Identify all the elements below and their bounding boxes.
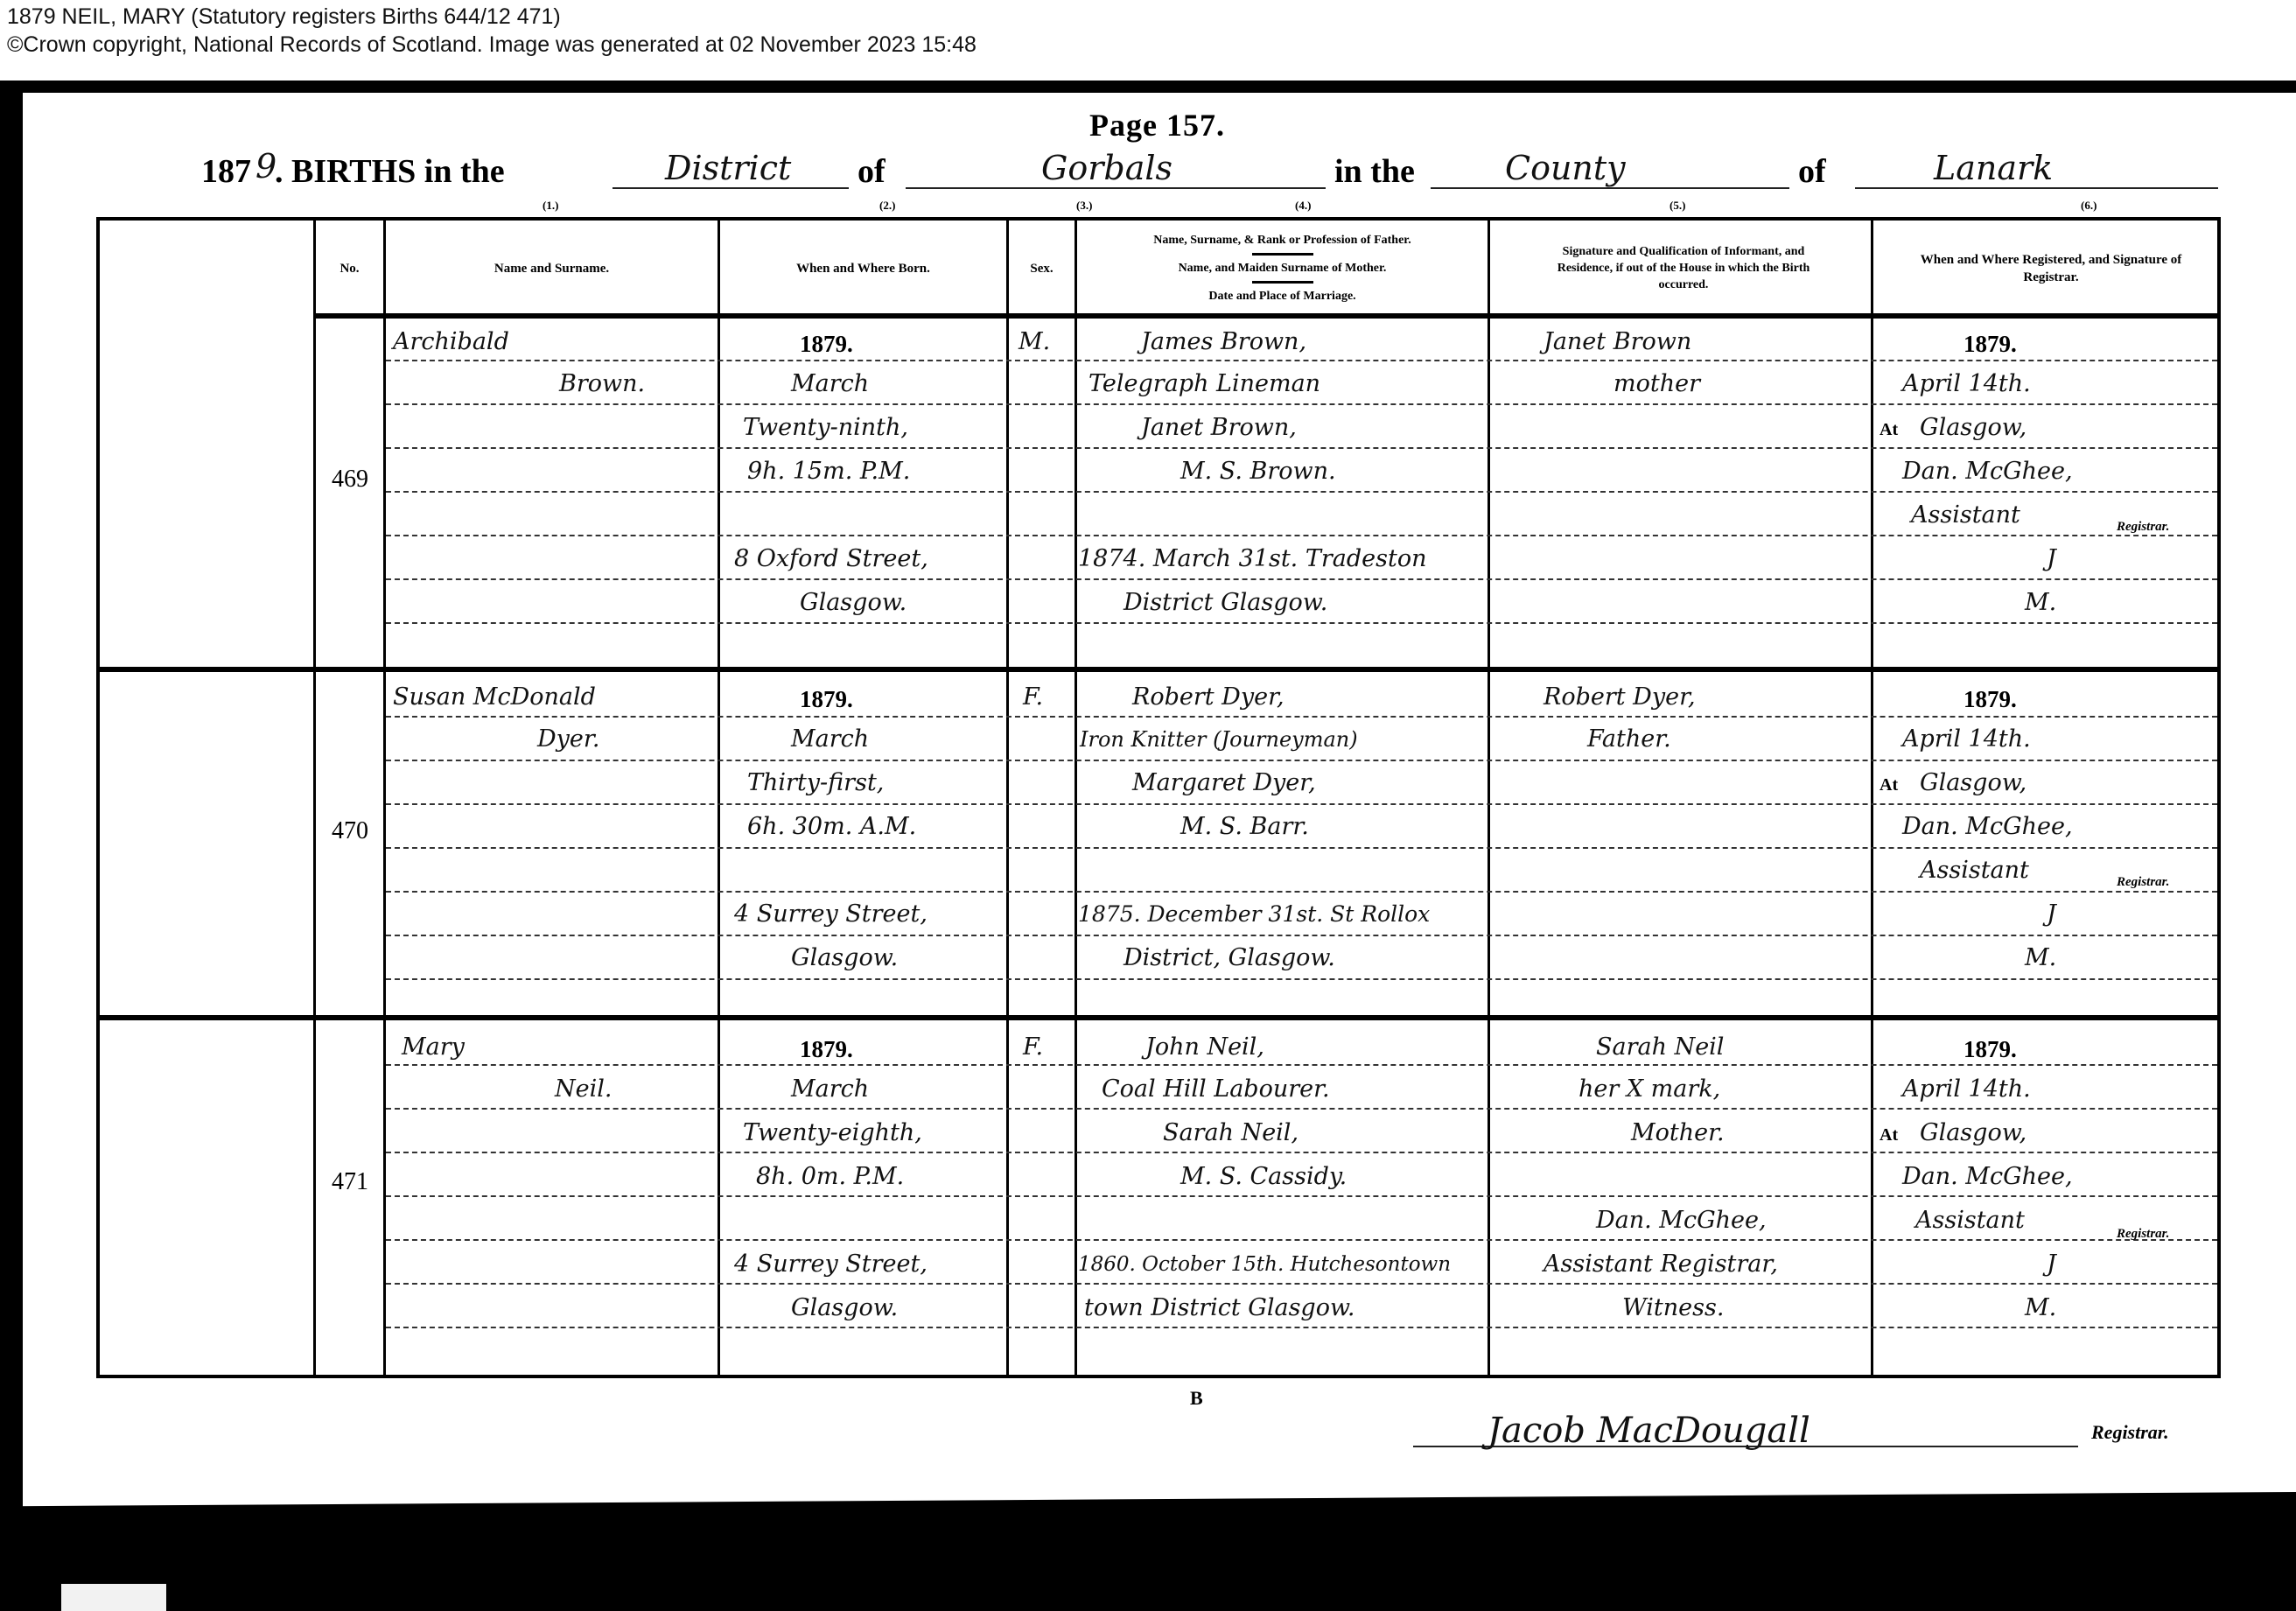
child-surname: Brown.	[559, 371, 645, 397]
title-year-printed: 187	[201, 152, 251, 191]
birth-month: March	[791, 726, 869, 753]
title-district-name: Gorbals	[1041, 149, 1172, 187]
title-county-type: County	[1505, 149, 1626, 187]
title-underline	[1855, 187, 2218, 189]
footer-registrar-label: Registrar.	[2091, 1421, 2169, 1444]
registrar-title: Assistant	[1911, 502, 2020, 529]
entry-rule	[100, 667, 2217, 672]
column-number: (6.)	[2081, 199, 2096, 213]
row-rule	[386, 716, 2217, 718]
row-rule	[386, 1108, 2217, 1110]
birth-year: 1879.	[800, 331, 853, 357]
title-of: of	[857, 152, 885, 191]
father-occupation: Telegraph Lineman	[1088, 371, 1320, 397]
informant-signature: Janet Brown	[1543, 329, 1691, 355]
row-rule	[386, 360, 2217, 361]
witness-title: Assistant Registrar,	[1543, 1251, 1778, 1278]
title-underline	[906, 187, 1326, 189]
marriage-place: District Glasgow.	[1123, 590, 1327, 616]
header-parents: Name, Surname, & Rank or Profession of F…	[1077, 221, 1487, 316]
birth-place: 4 Surrey Street,	[734, 901, 927, 928]
birth-register-table: No. Name and Surname. When and Where Bor…	[96, 217, 2221, 1378]
father-occupation: Coal Hill Labourer.	[1102, 1076, 1330, 1103]
birth-town: Glasgow.	[791, 1295, 898, 1321]
informant-qualification: Father.	[1587, 726, 1671, 753]
sex: M.	[1018, 329, 1050, 355]
entry-number: 471	[332, 1168, 368, 1196]
sex: F.	[1023, 1034, 1043, 1061]
at-label: At	[1879, 775, 1898, 795]
scan-artifact	[61, 1584, 166, 1611]
registrar-name: Dan. McGhee,	[1902, 1164, 2073, 1190]
register-title: 187 9 . BIRTHS in the District of Gorbal…	[201, 149, 2214, 201]
registrar-initial: J	[2047, 901, 2056, 928]
header-father: Name, Surname, & Rank or Profession of F…	[1153, 232, 1411, 249]
registrar-signature: Jacob MacDougall	[1487, 1411, 1810, 1451]
birth-time: 8h. 0m. P.M.	[756, 1164, 904, 1190]
birth-year: 1879.	[800, 1036, 853, 1062]
child-surname: Neil.	[555, 1076, 612, 1103]
registrar-mark: M.	[2025, 590, 2056, 616]
birth-place: 4 Surrey Street,	[734, 1251, 927, 1278]
copyright-notice: ©Crown copyright, National Records of Sc…	[7, 32, 976, 58]
sex: F.	[1023, 684, 1043, 711]
child-forename: Archibald	[393, 329, 509, 355]
column-number: (4.)	[1295, 199, 1311, 213]
registrar-initial: J	[2047, 546, 2056, 572]
birth-month: March	[791, 1076, 869, 1103]
title-underline	[612, 187, 849, 189]
title-in-the: in the	[1334, 152, 1415, 191]
informant-qualification: Mother.	[1631, 1120, 1725, 1146]
header-rule	[313, 313, 2217, 319]
header-registered: When and Where Registered, and Signature…	[1920, 221, 2182, 316]
mother-name: Sarah Neil,	[1163, 1120, 1298, 1146]
header-informant: Signature and Qualification of Informant…	[1535, 221, 1832, 316]
registration-date: April 14th.	[1902, 1076, 2031, 1103]
informant-signature: Robert Dyer,	[1543, 684, 1696, 711]
column-number: (1.)	[542, 199, 558, 213]
column-number: (2.)	[879, 199, 895, 213]
registrar-mark: M.	[2025, 945, 2056, 971]
row-rule	[386, 847, 2217, 849]
witness-name: Dan. McGhee,	[1596, 1208, 1767, 1234]
row-rule	[386, 403, 2217, 405]
registration-place: Glasgow,	[1920, 770, 2026, 796]
row-rule	[386, 891, 2217, 893]
header-marriage: Date and Place of Marriage.	[1208, 288, 1355, 305]
entry-number: 470	[332, 817, 368, 845]
row-rule	[386, 760, 2217, 761]
registrar-name: Dan. McGhee,	[1902, 814, 2073, 840]
father-name: John Neil,	[1145, 1034, 1264, 1061]
at-label: At	[1879, 420, 1898, 440]
scan-border-left	[0, 81, 23, 1611]
registration-date: April 14th.	[1902, 371, 2031, 397]
informant-signature: Sarah Neil	[1596, 1034, 1724, 1061]
mother-name: Margaret Dyer,	[1132, 770, 1316, 796]
informant-qualification: mother	[1613, 371, 1700, 397]
registration-year: 1879.	[1963, 686, 2017, 712]
registrar-label: Registrar.	[2117, 875, 2169, 890]
registrar-label: Registrar.	[2117, 1227, 2169, 1242]
registrar-mark: M.	[2025, 1295, 2056, 1321]
mother-name: Janet Brown,	[1141, 415, 1297, 441]
mother-maiden-surname: M. S. Cassidy.	[1180, 1164, 1347, 1190]
row-rule	[386, 578, 2217, 580]
marriage-place: District, Glasgow.	[1123, 945, 1335, 971]
marriage-date: 1860. October 15th. Hutchesontown	[1078, 1251, 1451, 1278]
registration-date: April 14th.	[1902, 726, 2031, 753]
header-separator	[1252, 253, 1313, 256]
father-occupation: Iron Knitter (Journeyman)	[1080, 726, 1358, 753]
column-number: (5.)	[1669, 199, 1685, 213]
header-mother: Name, and Maiden Surname of Mother.	[1179, 260, 1387, 277]
header-born: When and Where Born.	[720, 221, 1006, 316]
birth-place: 8 Oxford Street,	[734, 546, 928, 572]
scan-border-bottom	[0, 1492, 2296, 1611]
birth-day: Twenty-ninth,	[743, 415, 908, 441]
row-rule	[386, 935, 2217, 936]
birth-month: March	[791, 371, 869, 397]
sheet-letter: B	[1190, 1387, 1203, 1410]
mother-maiden-surname: M. S. Barr.	[1180, 814, 1309, 840]
row-rule	[386, 491, 2217, 493]
title-of: of	[1798, 152, 1826, 191]
birth-town: Glasgow.	[800, 590, 906, 616]
registration-place: Glasgow,	[1920, 415, 2026, 441]
row-rule	[386, 803, 2217, 805]
page-number: Page 157.	[1089, 107, 1225, 144]
registrar-initial: J	[2047, 1251, 2056, 1278]
marriage-place: town District Glasgow.	[1084, 1295, 1354, 1321]
header-no: No.	[316, 221, 383, 316]
witness-label: Witness.	[1622, 1295, 1724, 1321]
registrar-name: Dan. McGhee,	[1902, 459, 2073, 485]
birth-day: Thirty-first,	[747, 770, 884, 796]
registrar-title: Assistant	[1920, 858, 2029, 884]
column-divider	[383, 221, 386, 1375]
row-rule	[386, 1283, 2217, 1285]
father-name: Robert Dyer,	[1132, 684, 1284, 711]
column-divider	[1871, 221, 1873, 1375]
entry-rule	[100, 1015, 2217, 1020]
header-sex: Sex.	[1009, 221, 1074, 316]
entry-number: 469	[332, 466, 368, 494]
scan-border-top	[0, 81, 2296, 93]
column-divider	[1487, 221, 1490, 1375]
column-divider	[717, 221, 720, 1375]
row-rule	[386, 535, 2217, 536]
informant-mark: her X mark,	[1578, 1076, 1720, 1103]
row-rule	[386, 1195, 2217, 1197]
birth-time: 9h. 15m. P.M.	[747, 459, 910, 485]
title-county-name: Lanark	[1934, 149, 2053, 187]
registration-year: 1879.	[1963, 331, 2017, 357]
marriage-date: 1875. December 31st. St Rollox	[1078, 901, 1430, 928]
birth-town: Glasgow.	[791, 945, 898, 971]
row-rule	[386, 1064, 2217, 1066]
column-divider	[1074, 221, 1077, 1375]
child-forename: Mary	[402, 1034, 465, 1061]
birth-day: Twenty-eighth,	[743, 1120, 922, 1146]
row-rule	[386, 1152, 2217, 1153]
registrar-title: Assistant	[1915, 1208, 2025, 1234]
title-underline	[1431, 187, 1789, 189]
title-year-handwritten: 9	[255, 147, 276, 186]
row-rule	[386, 622, 2217, 624]
birth-year: 1879.	[800, 686, 853, 712]
row-rule	[386, 1327, 2217, 1328]
registration-place: Glasgow,	[1920, 1120, 2026, 1146]
child-forename: Susan McDonald	[393, 684, 596, 711]
birth-time: 6h. 30m. A.M.	[747, 814, 916, 840]
row-rule	[386, 1239, 2217, 1241]
record-title: 1879 NEIL, MARY (Statutory registers Bir…	[7, 4, 561, 30]
registration-year: 1879.	[1963, 1036, 2017, 1062]
row-rule	[386, 447, 2217, 449]
child-surname: Dyer.	[537, 726, 599, 753]
title-district-type: District	[665, 149, 791, 187]
registrar-label: Registrar.	[2117, 520, 2169, 535]
column-number: (3.)	[1076, 199, 1092, 213]
father-name: James Brown,	[1141, 329, 1306, 355]
at-label: At	[1879, 1125, 1898, 1145]
title-births-in-the: . BIRTHS in the	[275, 152, 505, 191]
header-separator	[1252, 281, 1313, 284]
column-divider	[1006, 221, 1009, 1375]
column-divider	[313, 221, 316, 1375]
mother-maiden-surname: M. S. Brown.	[1180, 459, 1336, 485]
marriage-date: 1874. March 31st. Tradeston	[1078, 546, 1426, 572]
header-name: Name and Surname.	[386, 221, 717, 316]
row-rule	[386, 978, 2217, 980]
